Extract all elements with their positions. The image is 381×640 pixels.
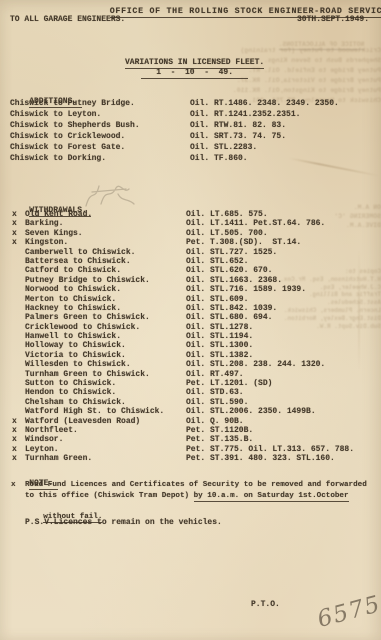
table-row: Hanwell to Chiswick.Oil. STL.1194. (10, 332, 381, 341)
table-row: Camberwell to Chiswick.Oil. STL.727. 152… (10, 248, 381, 257)
table-row: Willesden to Chiswick.Oil. STL.208. 238.… (10, 360, 381, 369)
table-row: Watford High St. to Chiswick.Oil. STL.20… (10, 407, 381, 416)
route-cell: Chiswick to Leyton. (10, 110, 101, 120)
table-row: Chelsham to Chiswick.Oil. STL.590. (10, 398, 381, 407)
document-page: NOTICE OF ALLOCATIONS. Cricklewood to Pu… (0, 0, 381, 640)
additions-rows: Chiswick to Putney Bridge.Oil. RT.1486. … (10, 99, 381, 165)
table-row: Chiswick to Leyton.Oil. RT.1241.2352.235… (10, 110, 381, 121)
table-row: Turnham Green to Chiswick.Oil. RT.497. (10, 370, 381, 379)
route-cell: Chiswick to Shepherds Bush. (10, 121, 140, 131)
route-cell: Chiswick to Cricklewood. (10, 132, 125, 142)
addressee-line: TO ALL GARAGE ENGINEERS. (10, 15, 125, 25)
vehicles-cell: Oil. STL.2283. (190, 143, 257, 153)
table-row: Putney Bridge to Chiswick.Oil. STL.1663.… (10, 276, 381, 285)
route-cell: Chiswick to Dorking. (10, 154, 106, 164)
table-row: xWatford (Leavesden Road)Oil. Q. 90B. (10, 417, 381, 426)
route-cell: Turnham Green. (25, 454, 92, 464)
table-row: Battersea to Chiswick.Oil. STL.652. (10, 257, 381, 266)
table-row: Chiswick to Putney Bridge.Oil. RT.1486. … (10, 99, 381, 110)
table-row: Chiswick to Dorking.Oil. TF.860. (10, 154, 381, 165)
table-row: xWindsor.Pet. ST.135.B. (10, 435, 381, 444)
vehicles-cell: Oil. RT.1241.2352.2351. (190, 110, 300, 120)
vehicles-cell: Oil. SRT.73. 74. 75. (190, 132, 286, 142)
route-cell: Chiswick to Forest Gate. (10, 143, 125, 153)
table-row: Hendon to Chiswick.Oil. STD.63. (10, 388, 381, 397)
table-row: xLeyton.Pet. ST.775. Oil. LT.313. 657. 7… (10, 445, 381, 454)
date-line: 30TH.SEPT.1949. (297, 15, 369, 25)
table-row: Chiswick to Shepherds Bush.Oil. RTW.81. … (10, 121, 381, 132)
table-row: Victoria to Chiswick.Oil. STL.1382. (10, 351, 381, 360)
vehicles-cell: Pet. ST.391. 480. 323. STL.160. (186, 454, 335, 464)
table-row: Chiswick to Forest Gate.Oil. STL.2283. (10, 143, 381, 154)
withdrawal-marker: x (12, 454, 17, 464)
psv-line: P.S.V.Licences to remain on the vehicles… (25, 518, 222, 528)
note-marker: x (11, 480, 16, 490)
vehicles-cell: Oil. RT.1486. 2348. 2349. 2350. (190, 99, 339, 109)
table-row: Sutton to Chiswick.Pet. LT.1201. (SD) (10, 379, 381, 388)
table-row: Merton to Chiswick.Oil. STL.609. (10, 295, 381, 304)
table-row: Catford to Chiswick.Oil. STL.620. 670. (10, 266, 381, 275)
table-row: Chiswick to Cricklewood.Oil. SRT.73. 74.… (10, 132, 381, 143)
note-line-1: Road Fund Licences and Certificates of S… (25, 480, 367, 490)
table-row: Cricklewood to Chiswick.Oil. STL.1278. (10, 323, 381, 332)
table-row: Holloway to Chiswick.Oil. STL.1300. (10, 341, 381, 350)
note-line-2: to this office (Chiswick Tram Depot) by … (25, 491, 349, 501)
table-row: Hackney to Chiswick.Oil. STL.842. 1039. (10, 304, 381, 313)
route-cell: Chiswick to Putney Bridge. (10, 99, 135, 109)
pto-label: P.T.O. (251, 600, 280, 610)
table-row: xNorthfleet.Pet. ST.1120B. (10, 426, 381, 435)
table-row: Palmers Green to Chiswick.Oil. STL.680. … (10, 313, 381, 322)
withdrawals-rows: xOld Kent Road.Oil. LT.685. 575.xBarking… (10, 210, 381, 464)
vehicles-cell: Oil. TF.860. (190, 154, 248, 164)
document-subtitle: 1 - 10 - 49. (0, 58, 370, 88)
table-row: Norwood to Chiswick.Oil. STL.716. 1589. … (10, 285, 381, 294)
pencil-scribble (82, 180, 144, 210)
table-row: xBarking.Oil. LT.1411. Pet.ST.64. 786. (10, 219, 381, 228)
table-row: xOld Kent Road.Oil. LT.685. 575. (10, 210, 381, 219)
handwritten-number: 6575 (315, 591, 381, 633)
table-row: xTurnham Green.Pet. ST.391. 480. 323. ST… (10, 454, 381, 463)
vehicles-cell: Oil. RTW.81. 82. 83. (190, 121, 286, 131)
table-row: xKingston.Pet. T.308.(SD). ST.14. (10, 238, 381, 247)
table-row: xSeven Kings.Oil. LT.505. 700. (10, 229, 381, 238)
